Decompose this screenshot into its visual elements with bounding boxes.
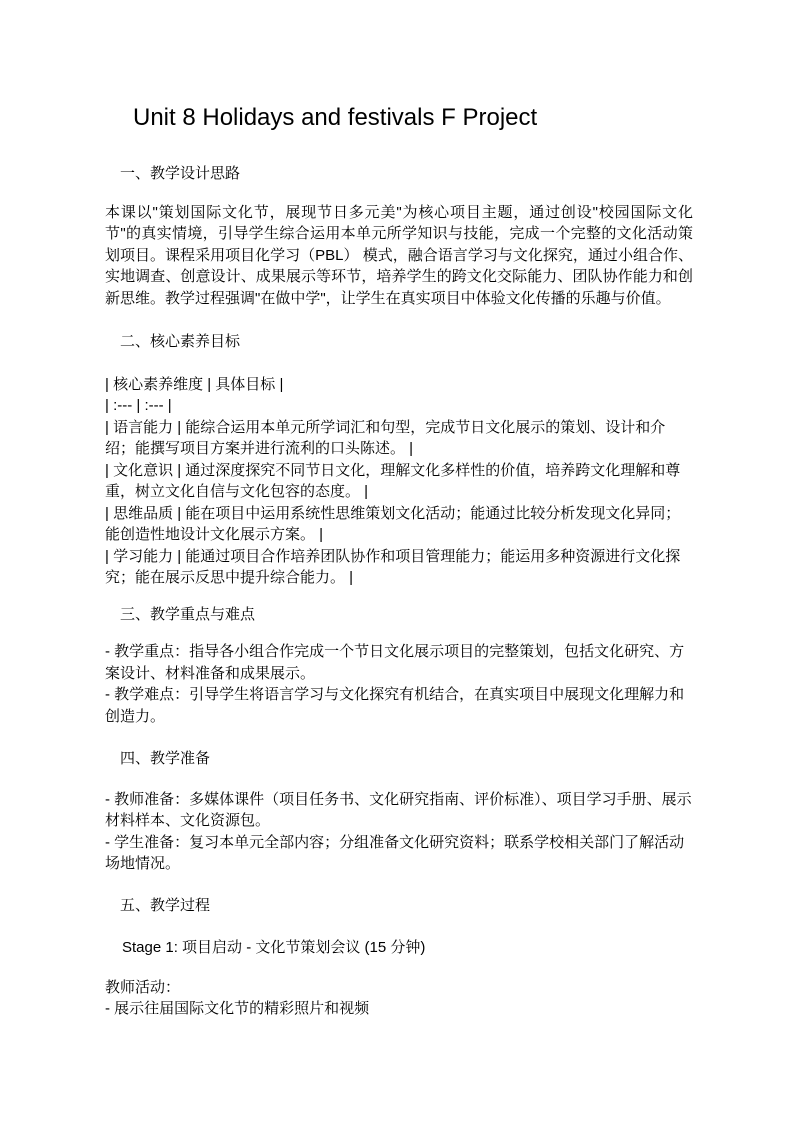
list-item: - 展示往届国际文化节的精彩照片和视频 <box>105 998 693 1020</box>
teacher-activity-block: 教师活动： - 展示往届国际文化节的精彩照片和视频 <box>105 977 693 1020</box>
document-page: Unit 8 Holidays and festivals F Project … <box>0 0 794 1123</box>
document-content: Unit 8 Holidays and festivals F Project … <box>105 103 693 1020</box>
objectives-table-row: | 语言能力 | 能综合运用本单元所学词汇和句型，完成节日文化展示的策划、设计和… <box>105 417 693 460</box>
objectives-table: | 核心素养维度 | 具体目标 | | :--- | :--- | | 语言能力… <box>105 374 693 589</box>
objectives-table-row: | 学习能力 | 能通过项目合作培养团队协作和项目管理能力；能运用多种资源进行文… <box>105 546 693 589</box>
stage-1-heading: Stage 1: 项目启动 - 文化节策划会议 (15 分钟) <box>105 937 693 959</box>
objectives-table-row: | 文化意识 | 通过深度探究不同节日文化，理解文化多样性的价值，培养跨文化理解… <box>105 460 693 503</box>
objectives-table-row: | 核心素养维度 | 具体目标 | <box>105 374 693 396</box>
objectives-table-row: | 思维品质 | 能在项目中运用系统性思维策划文化活动；能通过比较分析发现文化异… <box>105 503 693 546</box>
section-heading-process: 五、教学过程 <box>105 895 693 917</box>
preparation-list: - 教师准备：多媒体课件（项目任务书、文化研究指南、评价标准）、项目学习手册、展… <box>105 789 693 875</box>
section-heading-objectives: 二、核心素养目标 <box>105 331 693 353</box>
section-heading-design: 一、教学设计思路 <box>105 163 693 185</box>
objectives-table-row: | :--- | :--- | <box>105 395 693 417</box>
section-heading-preparation: 四、教学准备 <box>105 748 693 770</box>
document-title: Unit 8 Holidays and festivals F Project <box>105 103 693 132</box>
key-points-list: - 教学重点：指导各小组合作完成一个节日文化展示项目的完整策划，包括文化研究、方… <box>105 641 693 727</box>
list-item: - 教学难点：引导学生将语言学习与文化探究有机结合，在真实项目中展现文化理解力和… <box>105 684 693 727</box>
list-item: - 教师准备：多媒体课件（项目任务书、文化研究指南、评价标准）、项目学习手册、展… <box>105 789 693 832</box>
section-heading-key-points: 三、教学重点与难点 <box>105 604 693 626</box>
teacher-activity-label: 教师活动： <box>105 977 693 999</box>
list-item: - 学生准备：复习本单元全部内容；分组准备文化研究资料；联系学校相关部门了解活动… <box>105 832 693 875</box>
list-item: - 教学重点：指导各小组合作完成一个节日文化展示项目的完整策划，包括文化研究、方… <box>105 641 693 684</box>
design-paragraph: 本课以"策划国际文化节，展现节日多元美"为核心项目主题，通过创设"校园国际文化节… <box>105 202 693 310</box>
